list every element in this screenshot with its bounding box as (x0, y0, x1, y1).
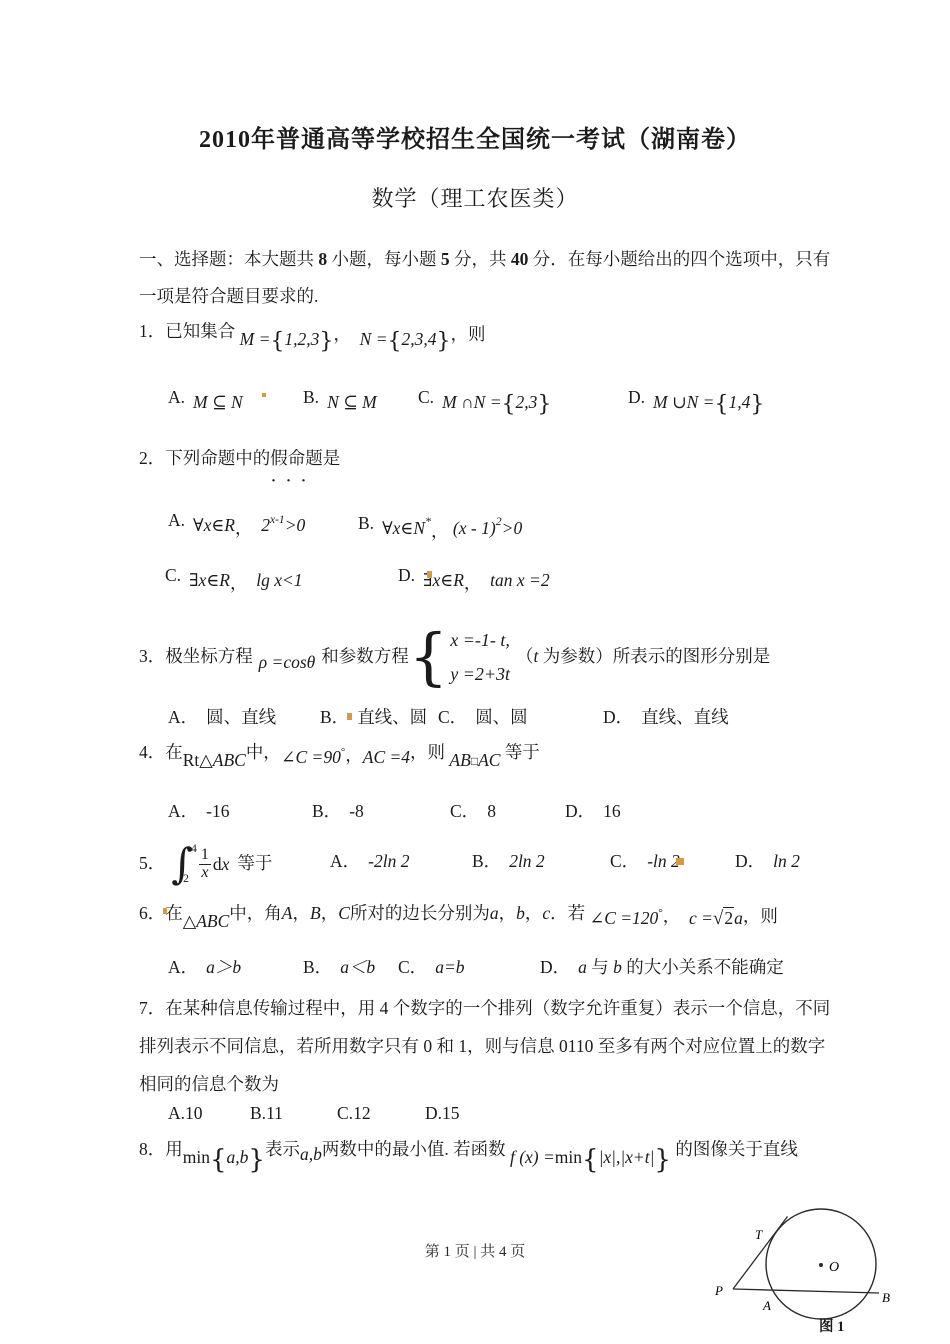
stem-text: 极坐标方程 (165, 645, 253, 669)
option-label: D． (540, 957, 570, 977)
option-2b: B.∀x∈N*， (x - 1)2>0 (358, 508, 522, 536)
comma: ， (663, 906, 681, 926)
option-math: ∃x∈R， lg x<1 (189, 570, 302, 590)
brace-close: } (319, 329, 333, 354)
option-math: N ⊆ M (327, 392, 377, 412)
option-label: A． (168, 707, 198, 727)
option-label: B． (312, 801, 341, 821)
stem-text: 等于 (505, 742, 540, 762)
option-7a: A.10 (168, 1102, 203, 1126)
option-label: D. (398, 565, 415, 585)
option-4c: C．8 (450, 800, 496, 824)
option-label: A． (168, 957, 198, 977)
option-1a: A.M ⊆ N (168, 386, 243, 410)
option-text: 与 (591, 957, 609, 977)
option-7c: C.12 (337, 1102, 371, 1126)
intro-total: 40 (511, 249, 529, 269)
option-text: -16 (206, 801, 229, 821)
intro-count: 8 (318, 249, 327, 269)
highlight-mark (163, 908, 167, 914)
math-ac: AC =4 (363, 747, 410, 767)
option-label: C． (398, 957, 427, 977)
brace-open: { (210, 1145, 227, 1175)
brace-close: } (437, 329, 451, 354)
brace-open: { (582, 1145, 599, 1175)
comma: ， (345, 745, 363, 765)
label-a: A (762, 1298, 771, 1313)
comma: ， (333, 324, 351, 344)
option-math: -ln 2 (647, 851, 680, 871)
math-fx: f (x) =min{|x|,|x+t|} (506, 1147, 676, 1167)
option-label: A． (168, 801, 198, 821)
option-label: A. (168, 510, 185, 530)
question-1-stem: 1．已知集合 M ={1,2,3}， N ={2,3,4}，则 (139, 320, 486, 345)
var: c (542, 903, 550, 923)
option-label: D． (603, 707, 633, 727)
stem-text: ，则 (451, 324, 486, 344)
question-7-line3: 相同的信息个数为 (139, 1073, 279, 1097)
var: b (613, 957, 622, 977)
option-math: M ∩N ={2,3} (442, 392, 551, 412)
option-text: 8 (487, 801, 496, 821)
option-3b: B．直线、圆 (320, 706, 427, 730)
question-7-line2: 排列表示不同信息，若所用数字只有 0 和 1，则与信息 0110 至多有两个对应… (139, 1035, 825, 1059)
center-dot (819, 1263, 823, 1267)
highlight-mark (347, 713, 352, 720)
integral-expression: ∫421xdx (171, 843, 229, 885)
stem-text: 在 (165, 742, 183, 762)
option-label: A． (330, 851, 360, 871)
option-1c: C.M ∩N ={2,3} (418, 386, 551, 411)
option-math: M ⊆ N (193, 392, 243, 412)
question-number: 3． (139, 645, 165, 669)
differential: dx (213, 854, 230, 875)
stem-text: （t 为参数）所表示的图形分别是 (516, 645, 770, 669)
option-math: a=b (435, 957, 464, 977)
page-footer: 第 1 页 | 共 4 页 (0, 1242, 950, 1262)
math-triangle: △ABC (183, 911, 230, 931)
question-number: 8． (139, 1139, 165, 1159)
question-6-stem: 6．在△ABC中，角A，B，C所对的边长分别为a，b，c．若 ∠C =120°，… (139, 901, 778, 927)
integral-lower-limit: 2 (183, 873, 197, 885)
option-3c: C．圆、圆 (438, 706, 528, 730)
radicand: 2 (723, 907, 734, 928)
option-text: 15 (442, 1103, 460, 1123)
stem-text: 在某种信息传输过程中，用 4 个数字的一个排列（数字允许重复）表示一个信息，不同 (165, 998, 830, 1018)
option-text: 圆、直线 (206, 707, 276, 727)
var: a (578, 957, 587, 977)
option-text: 12 (353, 1103, 371, 1123)
option-4d: D．16 (565, 800, 621, 824)
option-2d: D.∃x∈R， tan x =2 (398, 564, 550, 588)
brace-open: { (388, 329, 402, 354)
intro-points: 5 (441, 249, 450, 269)
question-number: 1． (139, 321, 165, 341)
option-2a: A.∀x∈R， 2x-1>0 (168, 508, 305, 533)
page-subtitle: 数学（理工农医类） (0, 184, 950, 214)
label-t: T (755, 1227, 763, 1242)
option-6d: D．a 与 b 的大小关系不能确定 (540, 956, 784, 980)
option-text: -8 (349, 801, 364, 821)
math-dot-product: AB□AC (445, 750, 505, 770)
stem-text: 的图像关于直线 (675, 1139, 798, 1159)
intro-text: 小题，每小题 (327, 249, 441, 269)
option-1b: B.N ⊆ M (303, 386, 377, 410)
option-3a: A．圆、直线 (168, 706, 276, 730)
option-6c: C．a=b (398, 956, 465, 980)
emphasis-dots: ··· (271, 473, 316, 490)
integral-upper-limit: 4 (191, 843, 197, 855)
var: B (310, 903, 321, 923)
stem-text: 在 (165, 903, 183, 923)
option-label: B． (303, 957, 332, 977)
option-math: ∀x∈N*， (x - 1)2>0 (382, 518, 522, 538)
option-math: a＜b (340, 957, 375, 977)
superscript: x-1 (270, 514, 285, 526)
section-intro-line2: 一项是符合题目要求的. (139, 285, 318, 309)
option-label: C. (165, 565, 181, 585)
var: a (490, 903, 499, 923)
stem-text: 中， (246, 742, 281, 762)
highlight-mark (427, 571, 432, 578)
option-label: D． (735, 851, 765, 871)
stem-text: 已知集合 (165, 321, 235, 341)
option-math: ∃x∈R， tan x =2 (423, 570, 550, 590)
option-label: D. (425, 1103, 442, 1123)
exam-paper-page: 2010年普通高等学校招生全国统一考试（湖南卷） 数学（理工农医类） 一、选择题… (0, 0, 950, 1344)
question-number: 4． (139, 742, 165, 762)
param-var: t (534, 646, 539, 666)
stem-text: 两数中的最小值. 若函数 (322, 1139, 506, 1159)
option-5d: D．ln 2 (735, 850, 800, 874)
option-text: 11 (266, 1103, 283, 1123)
option-math: a＞b (206, 957, 241, 977)
question-2-stem: 2．下列命题中的假命题是 (139, 447, 340, 471)
option-label: B. (303, 387, 319, 407)
option-math: -2ln 2 (368, 851, 409, 871)
math-min-ab: min{a,b} (183, 1147, 265, 1167)
question-number: 5． (139, 852, 165, 876)
parametric-equations: {x =-1- t,y =2+3t (409, 628, 510, 686)
option-label: D． (565, 801, 595, 821)
brace-open: { (270, 329, 284, 354)
label-b: B (882, 1290, 890, 1305)
question-5-stem: 5． ∫421xdx 等于 (139, 838, 272, 890)
math-angle: ∠C =120° (585, 908, 663, 928)
option-label: C． (610, 851, 639, 871)
option-7b: B.11 (250, 1102, 283, 1126)
option-4a: A．-16 (168, 800, 229, 824)
option-5a: A．-2ln 2 (330, 850, 409, 874)
option-text: 的大小关系不能确定 (626, 957, 784, 977)
option-math: ln 2 (773, 851, 800, 871)
question-number: 7． (139, 998, 165, 1018)
option-4b: B．-8 (312, 800, 364, 824)
brace-close: } (654, 1145, 671, 1175)
brace-open: { (502, 392, 516, 417)
section-intro-line1: 一、选择题：本大题共 8 小题，每小题 5 分，共 40 分．在每小题给出的四个… (139, 248, 830, 272)
option-3d: D．直线、直线 (603, 706, 729, 730)
option-label: B． (472, 851, 501, 871)
stem-text: 用 (165, 1139, 183, 1159)
option-2c: C.∃x∈R， lg x<1 (165, 564, 303, 588)
option-7d: D.15 (425, 1102, 460, 1126)
option-text: 10 (185, 1103, 203, 1123)
math-set-m: M ={1,2,3} (235, 329, 333, 349)
var: C (338, 903, 350, 923)
brace-open: { (715, 392, 729, 417)
fraction-1-over-x: 1x (199, 847, 211, 882)
label-o: O (829, 1260, 839, 1275)
option-label: B. (250, 1103, 266, 1123)
option-math: ∀x∈R， 2x-1>0 (193, 515, 305, 535)
option-label: C. (418, 387, 434, 407)
option-label: B. (358, 513, 374, 533)
stem-text: ，则 (743, 906, 778, 926)
math-angle: ∠C =90° (281, 747, 345, 767)
option-label: A. (168, 387, 185, 407)
option-label: C． (438, 707, 467, 727)
option-label: C. (337, 1103, 353, 1123)
option-5c: C．-ln 2 (610, 850, 680, 874)
question-4-stem: 4．在Rt△ABC中，∠C =90°，AC =4，则 AB□AC 等于 (139, 740, 540, 765)
case-line-2: y =2+3t (450, 662, 510, 686)
question-number: 2． (139, 448, 165, 468)
option-6a: A．a＞b (168, 956, 241, 980)
highlight-mark (676, 858, 684, 865)
stem-text: 和参数方程 (321, 645, 409, 669)
math-c-eq: c =√2a (680, 908, 743, 928)
radical-sign: √ (713, 908, 723, 929)
stem-text: 中，角 (229, 903, 282, 923)
figure-caption: 图 1 (819, 1318, 844, 1338)
brace-close: } (537, 392, 551, 417)
option-1d: D.M ∪N ={1,4} (628, 386, 764, 411)
question-8-stem: 8．用min{a,b}表示a,b两数中的最小值. 若函数 f (x) =min{… (139, 1138, 798, 1165)
option-5b: B．2ln 2 (472, 850, 545, 874)
case-brace: { (409, 631, 448, 684)
stem-text: 下列命题中的假命题是 (165, 448, 340, 468)
intro-text: 分．在每小题给出的四个选项中，只有 (528, 249, 830, 269)
option-label: A. (168, 1103, 185, 1123)
intro-text: 一、选择题：本大题共 (139, 249, 318, 269)
case-line-1: x =-1- t, (450, 628, 510, 652)
label-p: P (714, 1283, 723, 1298)
var: A (282, 903, 293, 923)
question-7-line1: 7．在某种信息传输过程中，用 4 个数字的一个排列（数字允许重复）表示一个信息，… (139, 997, 830, 1021)
option-math: 2ln 2 (509, 851, 545, 871)
option-text: 直线、直线 (641, 707, 729, 727)
var: b (516, 903, 525, 923)
missing-glyph-box: □ (471, 754, 478, 768)
option-math: M ∪N ={1,4} (653, 392, 764, 412)
option-label: D. (628, 387, 645, 407)
secant-line-pab (733, 1289, 879, 1293)
math-triangle: Rt△ABC (183, 750, 246, 770)
brace-close: } (750, 392, 764, 417)
stem-text: 等于 (237, 852, 272, 876)
option-text: 16 (603, 801, 621, 821)
stem-text: 所对的边长分别为 (350, 903, 490, 923)
highlight-mark (262, 393, 266, 397)
option-6b: B．a＜b (303, 956, 375, 980)
option-text: 直线、圆 (357, 707, 427, 727)
intro-text: 分，共 (450, 249, 511, 269)
stem-text: ，则 (410, 742, 445, 762)
option-text: 圆、圆 (475, 707, 528, 727)
option-label: C． (450, 801, 479, 821)
math-ab: a,b (300, 1144, 322, 1164)
option-label: B． (320, 707, 349, 727)
question-3-stem: 3．极坐标方程ρ =cosθ和参数方程{x =-1- t,y =2+3t（t 为… (139, 618, 770, 696)
page-title: 2010年普通高等学校招生全国统一考试（湖南卷） (0, 124, 950, 156)
question-number: 6． (139, 903, 165, 923)
stem-text: ．若 (550, 903, 585, 923)
math-polar-eq: ρ =cosθ (259, 651, 316, 675)
stem-text: 表示 (265, 1139, 300, 1159)
math-set-n: N ={2,3,4} (351, 329, 451, 349)
brace-close: } (248, 1145, 265, 1175)
